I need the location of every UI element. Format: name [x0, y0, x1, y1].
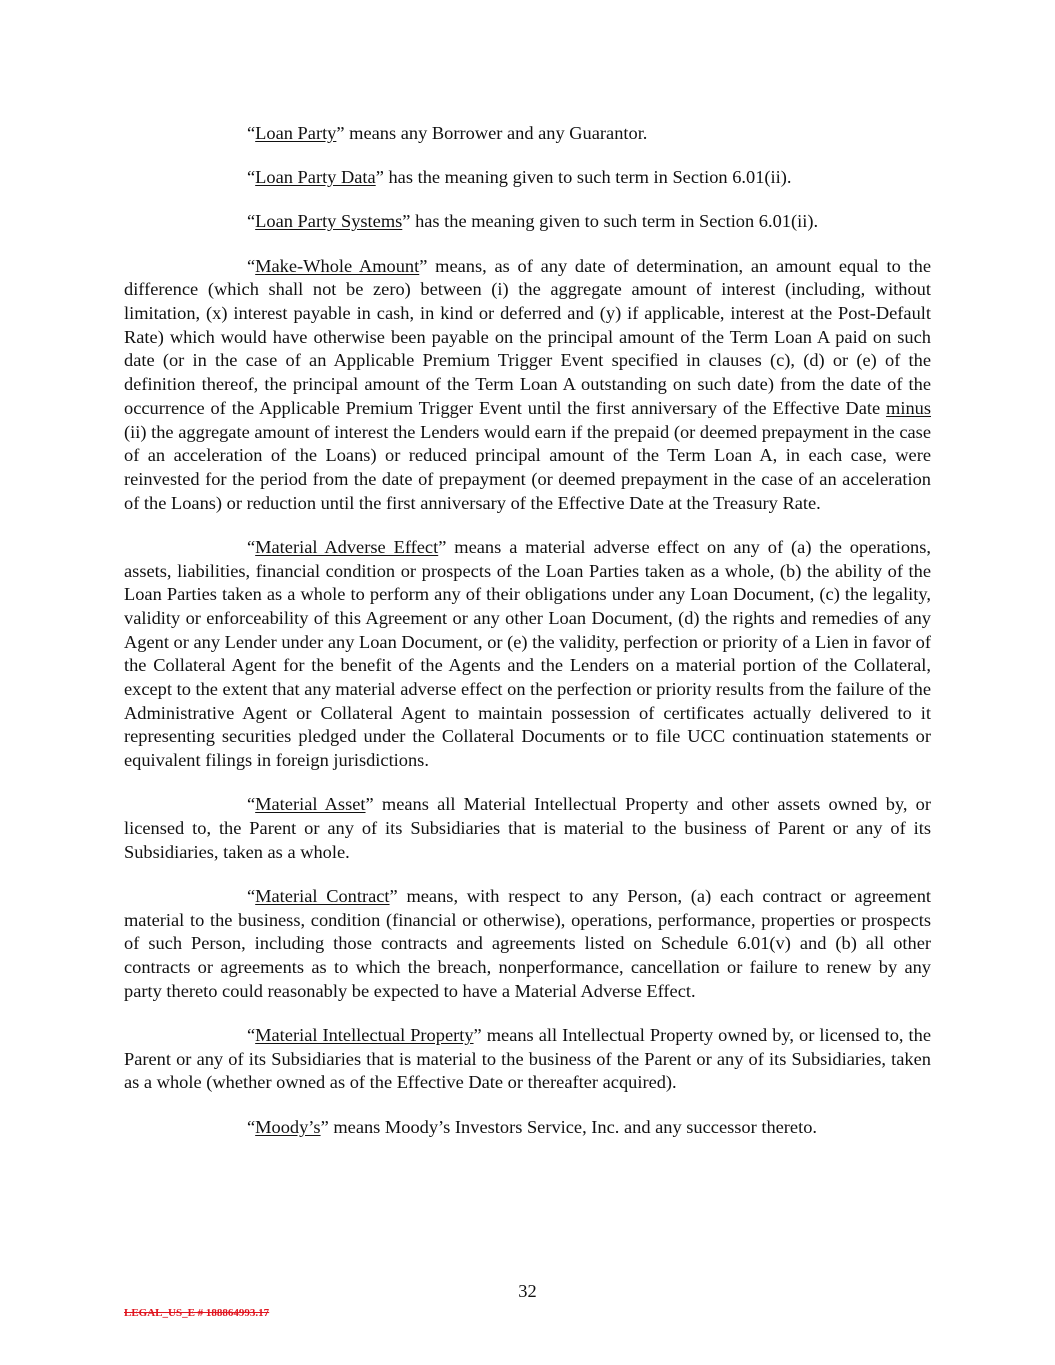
defined-term: Material Intellectual Property [255, 1025, 473, 1045]
document-id-footer: LEGAL_US_E # 188864993.17 [124, 1307, 269, 1319]
document-body: “Loan Party” means any Borrower and any … [124, 122, 931, 1160]
defined-term: Loan Party Systems [255, 211, 402, 231]
definition-loan-party: “Loan Party” means any Borrower and any … [124, 122, 931, 146]
definition-loan-party-systems: “Loan Party Systems” has the meaning giv… [124, 210, 931, 234]
definition-material-intellectual-property: “Material Intellectual Property” means a… [124, 1024, 931, 1095]
defined-term: Material Asset [255, 794, 365, 814]
definition-material-contract: “Material Contract” means, with respect … [124, 885, 931, 1004]
definition-loan-party-data: “Loan Party Data” has the meaning given … [124, 166, 931, 190]
defined-term: Material Contract [255, 886, 389, 906]
defined-term: Make-Whole Amount [255, 256, 419, 276]
definition-material-asset: “Material Asset” means all Material Inte… [124, 793, 931, 864]
defined-term: Loan Party Data [255, 167, 376, 187]
page-number: 32 [0, 1281, 1055, 1302]
definition-moodys: “Moody’s” means Moody’s Investors Servic… [124, 1116, 931, 1140]
emphasis-minus: minus [886, 398, 931, 418]
defined-term: Loan Party [255, 123, 336, 143]
definition-make-whole-amount: “Make-Whole Amount” means, as of any dat… [124, 255, 931, 516]
defined-term: Moody’s [255, 1117, 320, 1137]
defined-term: Material Adverse Effect [255, 537, 438, 557]
definition-material-adverse-effect: “Material Adverse Effect” means a materi… [124, 536, 931, 773]
